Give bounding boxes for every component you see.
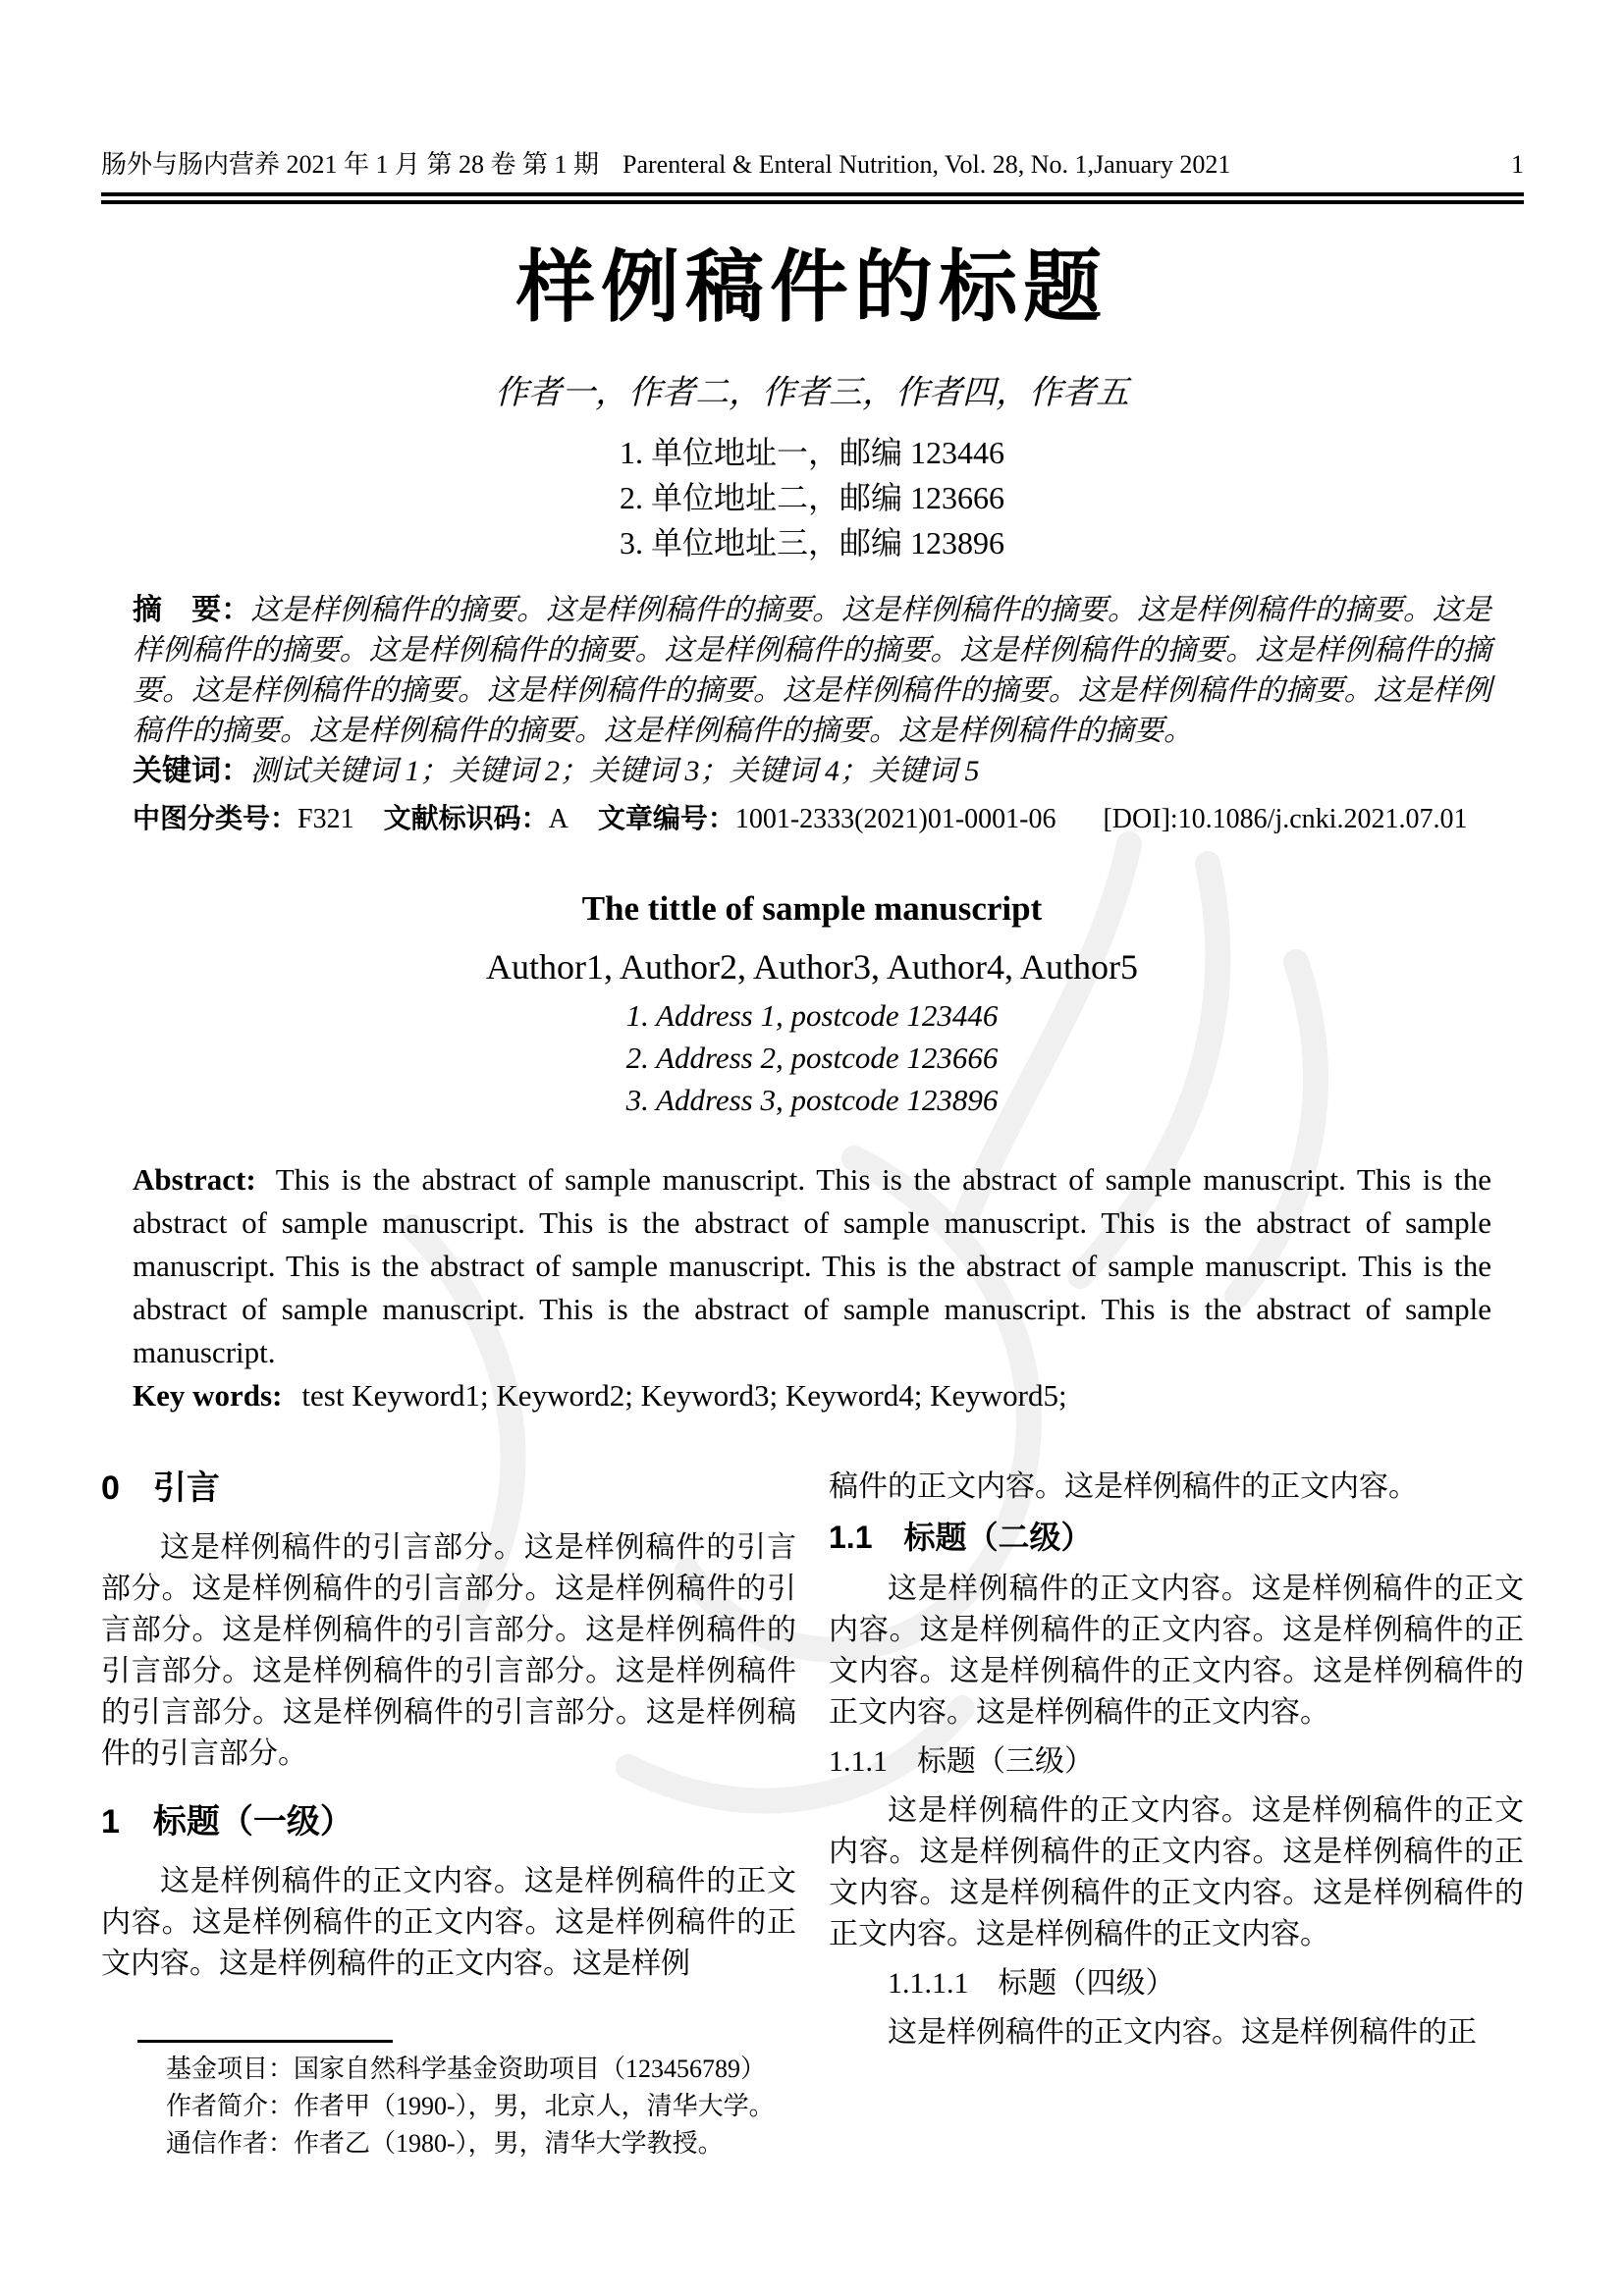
doc-code-value: A xyxy=(549,804,568,834)
keywords-cn: 关键词：测试关键词 1；关键词 2；关键词 3；关键词 4；关键词 5 xyxy=(133,751,1491,791)
abstract-en-label: Abstract: xyxy=(133,1162,256,1197)
clc-label: 中图分类号： xyxy=(133,803,298,833)
footnote-rule xyxy=(137,2040,393,2043)
manuscript-page: 肠外与肠内营养 2021 年 1 月 第 28 卷 第 1 期 Parenter… xyxy=(0,0,1624,2296)
section-1-paragraph-continued: 稿件的正文内容。这是样例稿件的正文内容。 xyxy=(829,1467,1524,1508)
section-heading-1: 1 标题（一级） xyxy=(101,1800,796,1843)
abstract-cn-label: 摘 要： xyxy=(133,594,250,626)
clc-value: F321 xyxy=(298,804,354,834)
affiliation-cn-3: 3. 单位地址三，邮编 123896 xyxy=(0,520,1624,565)
article-title-cn: 样例稿件的标题 xyxy=(0,245,1624,332)
abstract-cn-block: 摘 要：这是样例稿件的摘要。这是样例稿件的摘要。这是样例稿件的摘要。这是样例稿件… xyxy=(133,590,1491,839)
page-number: 1 xyxy=(1511,150,1524,180)
affiliation-en-1: 1. Address 1, postcode 123446 xyxy=(0,994,1624,1037)
affiliation-cn-2: 2. 单位地址二，邮编 123666 xyxy=(0,475,1624,520)
keywords-en: Key words:test Keyword1; Keyword2; Keywo… xyxy=(133,1374,1491,1417)
keywords-cn-label: 关键词： xyxy=(133,755,250,787)
abstract-cn-text: 这是样例稿件的摘要。这是样例稿件的摘要。这是样例稿件的摘要。这是样例稿件的摘要。… xyxy=(133,594,1491,747)
affiliation-en-2: 2. Address 2, postcode 123666 xyxy=(0,1037,1624,1079)
footnote: 基金项目：国家自然科学基金资助项目（123456789） 作者简介：作者甲（19… xyxy=(101,2040,808,2163)
doc-code-label: 文献标识码： xyxy=(384,803,549,833)
section-heading-1-1-1-1: 1.1.1.1 标题（四级） xyxy=(829,1963,1524,2004)
keywords-en-label: Key words: xyxy=(133,1378,282,1413)
section-1-paragraph: 这是样例稿件的正文内容。这是样例稿件的正文内容。这是样例稿件的正文内容。这是样例… xyxy=(101,1861,796,1985)
article-no-value: 1001-2333(2021)01-0001-06 xyxy=(735,804,1056,834)
affiliation-cn-1: 1. 单位地址一，邮编 123446 xyxy=(0,430,1624,475)
classification-line: 中图分类号：F321文献标识码：A文章编号：1001-2333(2021)01-… xyxy=(133,798,1491,839)
section-heading-1-1-1: 1.1.1 标题（三级） xyxy=(829,1741,1524,1783)
affiliations-en: 1. Address 1, postcode 123446 2. Address… xyxy=(0,994,1624,1121)
section-heading-0: 0 引言 xyxy=(101,1467,796,1510)
abstract-cn: 摘 要：这是样例稿件的摘要。这是样例稿件的摘要。这是样例稿件的摘要。这是样例稿件… xyxy=(133,590,1491,751)
affiliation-en-3: 3. Address 3, postcode 123896 xyxy=(0,1079,1624,1121)
section-1-1-1-paragraph: 这是样例稿件的正文内容。这是样例稿件的正文内容。这是样例稿件的正文内容。这是样例… xyxy=(829,1790,1524,1955)
journal-info-cn: 肠外与肠内营养 2021 年 1 月 第 28 卷 第 1 期 xyxy=(101,144,599,181)
footnote-author-bio: 作者简介：作者甲（1990-），男，北京人，清华大学。 xyxy=(101,2088,808,2125)
abstract-en-block: Abstract:This is the abstract of sample … xyxy=(133,1158,1491,1417)
keywords-en-text: test Keyword1; Keyword2; Keyword3; Keywo… xyxy=(301,1378,1066,1413)
abstract-en: Abstract:This is the abstract of sample … xyxy=(133,1158,1491,1374)
english-title-block: The tittle of sample manuscript Author1,… xyxy=(0,888,1624,1121)
body-column-left: 0 引言 这是样例稿件的引言部分。这是样例稿件的引言部分。这是样例稿件的引言部分… xyxy=(101,1467,796,1985)
authors-cn: 作者一，作者二，作者三，作者四，作者五 xyxy=(0,365,1624,413)
footnote-corresponding-author: 通信作者：作者乙（1980-），男，清华大学教授。 xyxy=(101,2125,808,2163)
journal-info-en: Parenteral & Enteral Nutrition, Vol. 28,… xyxy=(623,150,1230,180)
affiliations-cn: 1. 单位地址一，邮编 123446 2. 单位地址二，邮编 123666 3.… xyxy=(0,430,1624,565)
footnote-fund: 基金项目：国家自然科学基金资助项目（123456789） xyxy=(101,2051,808,2088)
doi-value: [DOI]:10.1086/j.cnki.2021.07.01 xyxy=(1103,804,1467,834)
section-1-1-paragraph: 这是样例稿件的正文内容。这是样例稿件的正文内容。这是样例稿件的正文内容。这是样例… xyxy=(829,1569,1524,1734)
intro-paragraph: 这是样例稿件的引言部分。这是样例稿件的引言部分。这是样例稿件的引言部分。这是样例… xyxy=(101,1527,796,1775)
section-1-1-1-1-paragraph: 这是样例稿件的正文内容。这是样例稿件的正 xyxy=(829,2012,1524,2054)
section-heading-1-1: 1.1 标题（二级） xyxy=(829,1516,1524,1559)
running-head: 肠外与肠内营养 2021 年 1 月 第 28 卷 第 1 期 Parenter… xyxy=(101,144,1524,181)
article-title-en: The tittle of sample manuscript xyxy=(0,888,1624,930)
abstract-en-text: This is the abstract of sample manuscrip… xyxy=(133,1162,1491,1369)
header-rule xyxy=(101,192,1524,204)
body-column-right: 稿件的正文内容。这是样例稿件的正文内容。 1.1 标题（二级） 这是样例稿件的正… xyxy=(829,1467,1524,2054)
authors-en: Author1, Author2, Author3, Author4, Auth… xyxy=(0,945,1624,988)
article-no-label: 文章编号： xyxy=(598,803,735,833)
keywords-cn-text: 测试关键词 1；关键词 2；关键词 3；关键词 4；关键词 5 xyxy=(250,755,980,787)
